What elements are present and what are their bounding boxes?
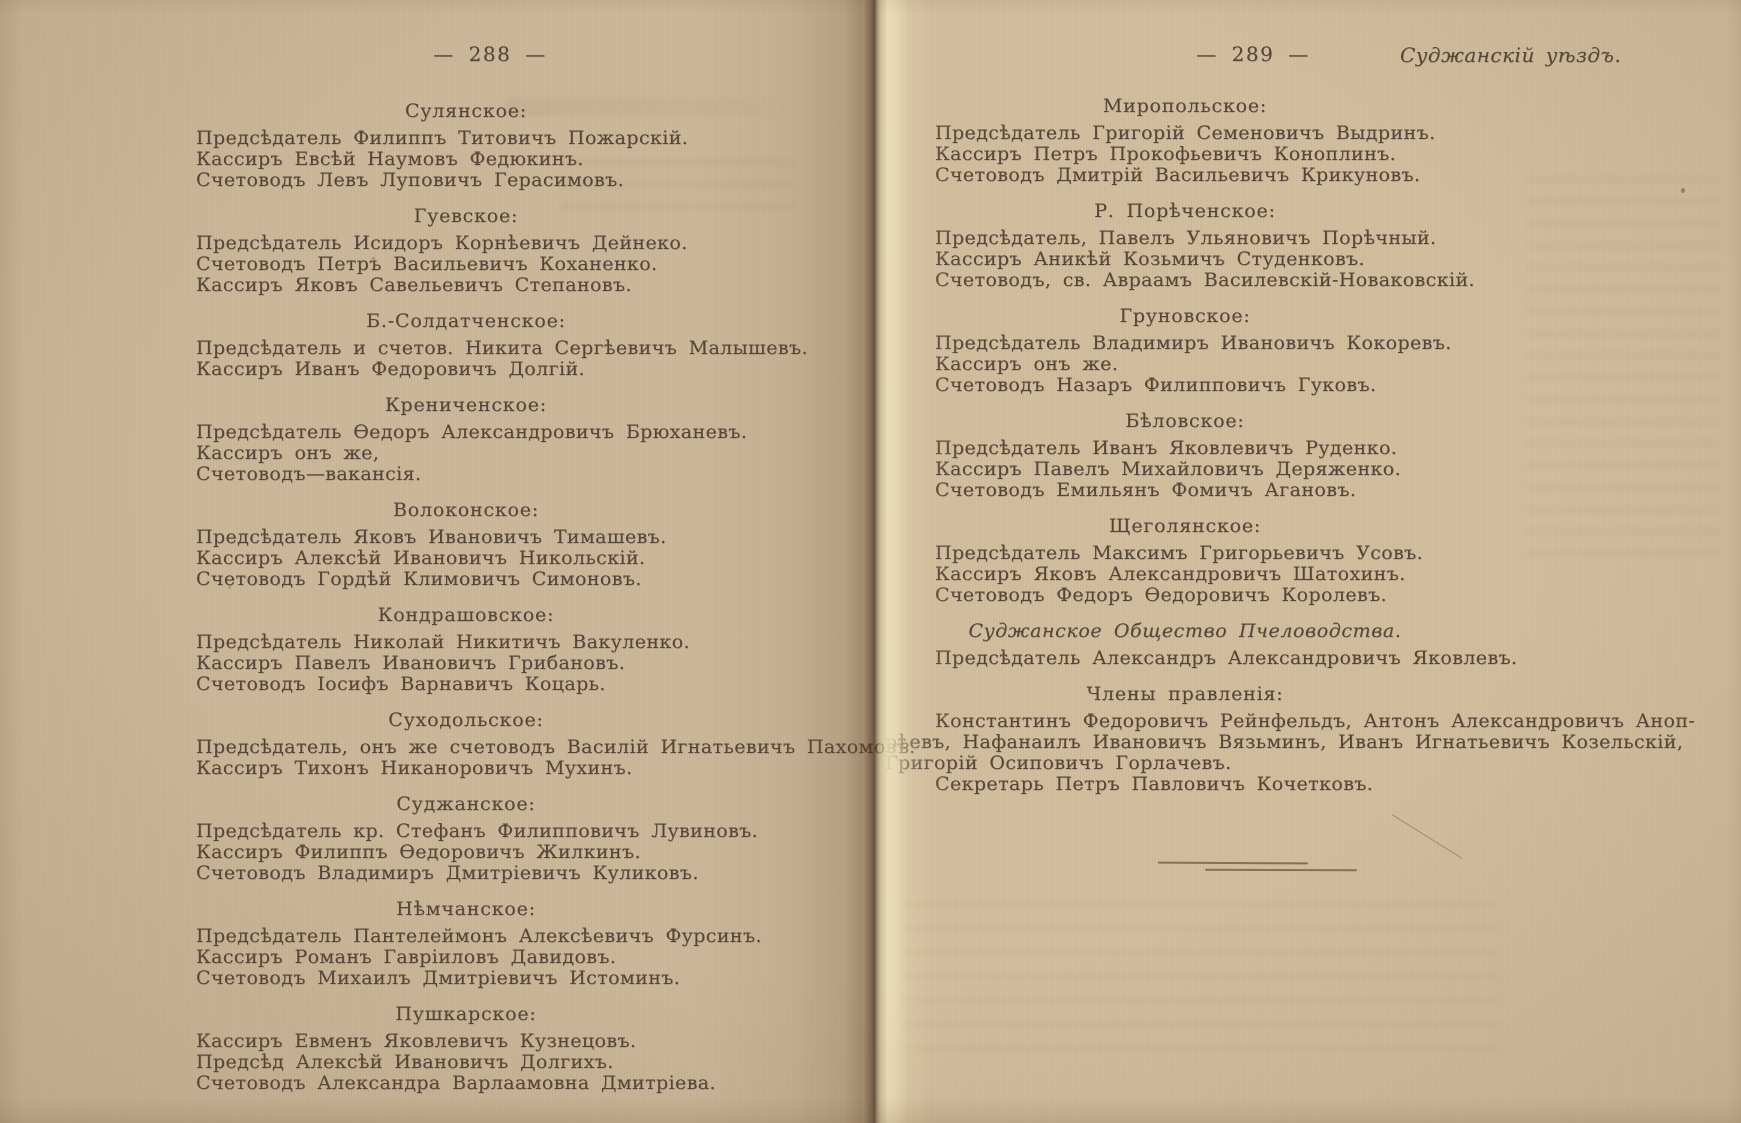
ink-speck — [372, 257, 375, 260]
entry-line: Счетоводъ Емильянъ Фомичъ Агановъ. — [935, 480, 1525, 501]
section-heading: Миропольское: — [885, 95, 1485, 117]
book-spread: — 288 — Сулянское:Предсѣдатель Филиппъ Т… — [0, 0, 1741, 1123]
society-section: Бѣловское:Предсѣдатель Иванъ Яковлевичъ … — [885, 410, 1525, 501]
section-heading: Волоконское: — [196, 499, 736, 521]
section-heading: Гуевское: — [196, 205, 736, 227]
section-heading: Кондрашовское: — [196, 604, 736, 626]
page-edge-shadow — [0, 0, 24, 1123]
society-section: Щеголянское:Предсѣдатель Максимъ Григорь… — [885, 515, 1525, 606]
scratch-mark — [1392, 814, 1462, 858]
show-through-ghost — [890, 900, 1500, 1065]
society-section: Миропольское:Предсѣдатель Григорій Семен… — [885, 95, 1525, 186]
society-section: Суджанское Общество Пчеловодства.Предсѣд… — [885, 620, 1525, 669]
entry-line: Предсѣдатель Максимъ Григорьевичъ Усовъ. — [935, 543, 1525, 564]
divider-rule — [1158, 862, 1308, 865]
entry-line: Григорій Осиповичъ Горлачевъ. — [885, 753, 1525, 774]
section-heading: Сулянское: — [196, 100, 736, 122]
ink-speck — [228, 586, 231, 589]
entry-line: Предсѣдатель Иванъ Яковлевичъ Руденко. — [935, 438, 1525, 459]
society-section: Груновское:Предсѣдатель Владимиръ Иванов… — [885, 305, 1525, 396]
entry-line: Кассиръ Петръ Прокофьевичъ Коноплинъ. — [935, 144, 1525, 165]
section-heading: Крениченское: — [196, 394, 736, 416]
page-edge-shadow — [0, 0, 1741, 14]
entry-line: Счетоводъ, св. Авраамъ Василевскій-Новак… — [935, 270, 1525, 291]
society-section: Р. Порѣченское:Предсѣдатель, Павелъ Улья… — [885, 200, 1525, 291]
divider-rule — [1205, 869, 1357, 872]
entry-line: Кассиръ Яковъ Александровичъ Шатохинъ. — [935, 564, 1525, 585]
entry-line: Секретарь Петръ Павловичъ Кочетковъ. — [935, 774, 1525, 795]
show-through-ghost — [1528, 175, 1720, 565]
entry-line: Счетоводъ Назаръ Филипповичъ Гуковъ. — [935, 375, 1525, 396]
entry-line: Предсѣдатель Григорій Семеновичъ Выдринъ… — [935, 123, 1525, 144]
entry-line: Кассиръ онъ же. — [935, 354, 1525, 375]
section-heading: Щеголянское: — [885, 515, 1485, 537]
running-title: Суджанскій уѣздъ. — [1400, 43, 1580, 67]
entry-line: Счетоводъ Дмитрій Васильевичъ Крикуновъ. — [935, 165, 1525, 186]
page-number-right: — 289 — — [1196, 42, 1309, 66]
right-page-sections: Миропольское:Предсѣдатель Григорій Семен… — [885, 95, 1525, 809]
page-number-left: — 288 — — [433, 42, 546, 66]
section-heading: Пушкарское: — [196, 1003, 736, 1025]
page-edge-shadow — [1725, 0, 1741, 1123]
entry-line: Предсѣдатель Владимиръ Ивановичъ Кокорев… — [935, 333, 1525, 354]
page-edge-shadow — [0, 1097, 1741, 1123]
section-heading: Р. Порѣченское: — [885, 200, 1485, 222]
entry-line: Кассиръ Аникѣй Козьмичъ Студенковъ. — [935, 249, 1525, 270]
entry-line: Предсѣдатель, Павелъ Ульяновичъ Порѣчный… — [935, 228, 1525, 249]
section-heading: Нѣмчанское: — [196, 898, 736, 920]
section-heading: Б.-Солдатченское: — [196, 310, 736, 332]
entry-line: Счетоводъ Федоръ Ѳедоровичъ Королевъ. — [935, 585, 1525, 606]
section-heading: Члены правленія: — [885, 683, 1485, 705]
book-gutter — [690, 0, 970, 1123]
section-heading: Груновское: — [885, 305, 1485, 327]
section-heading: Суджанское Общество Пчеловодства. — [885, 620, 1485, 642]
entry-line: Кассиръ Павелъ Михайловичъ Деряженко. — [935, 459, 1525, 480]
entry-line: Предсѣдатель Александръ Александровичъ Я… — [935, 648, 1525, 669]
entry-line: рѣевъ, Нафанаилъ Ивановичъ Вязьминъ, Ива… — [885, 732, 1525, 753]
society-section: Члены правленія:Константинъ Федоровичъ Р… — [885, 683, 1525, 795]
section-heading: Суджанское: — [196, 793, 736, 815]
section-heading: Бѣловское: — [885, 410, 1485, 432]
section-heading: Суходольское: — [196, 709, 736, 731]
entry-line: Константинъ Федоровичъ Рейнфельдъ, Антон… — [935, 711, 1525, 732]
ink-speck — [1681, 188, 1685, 193]
